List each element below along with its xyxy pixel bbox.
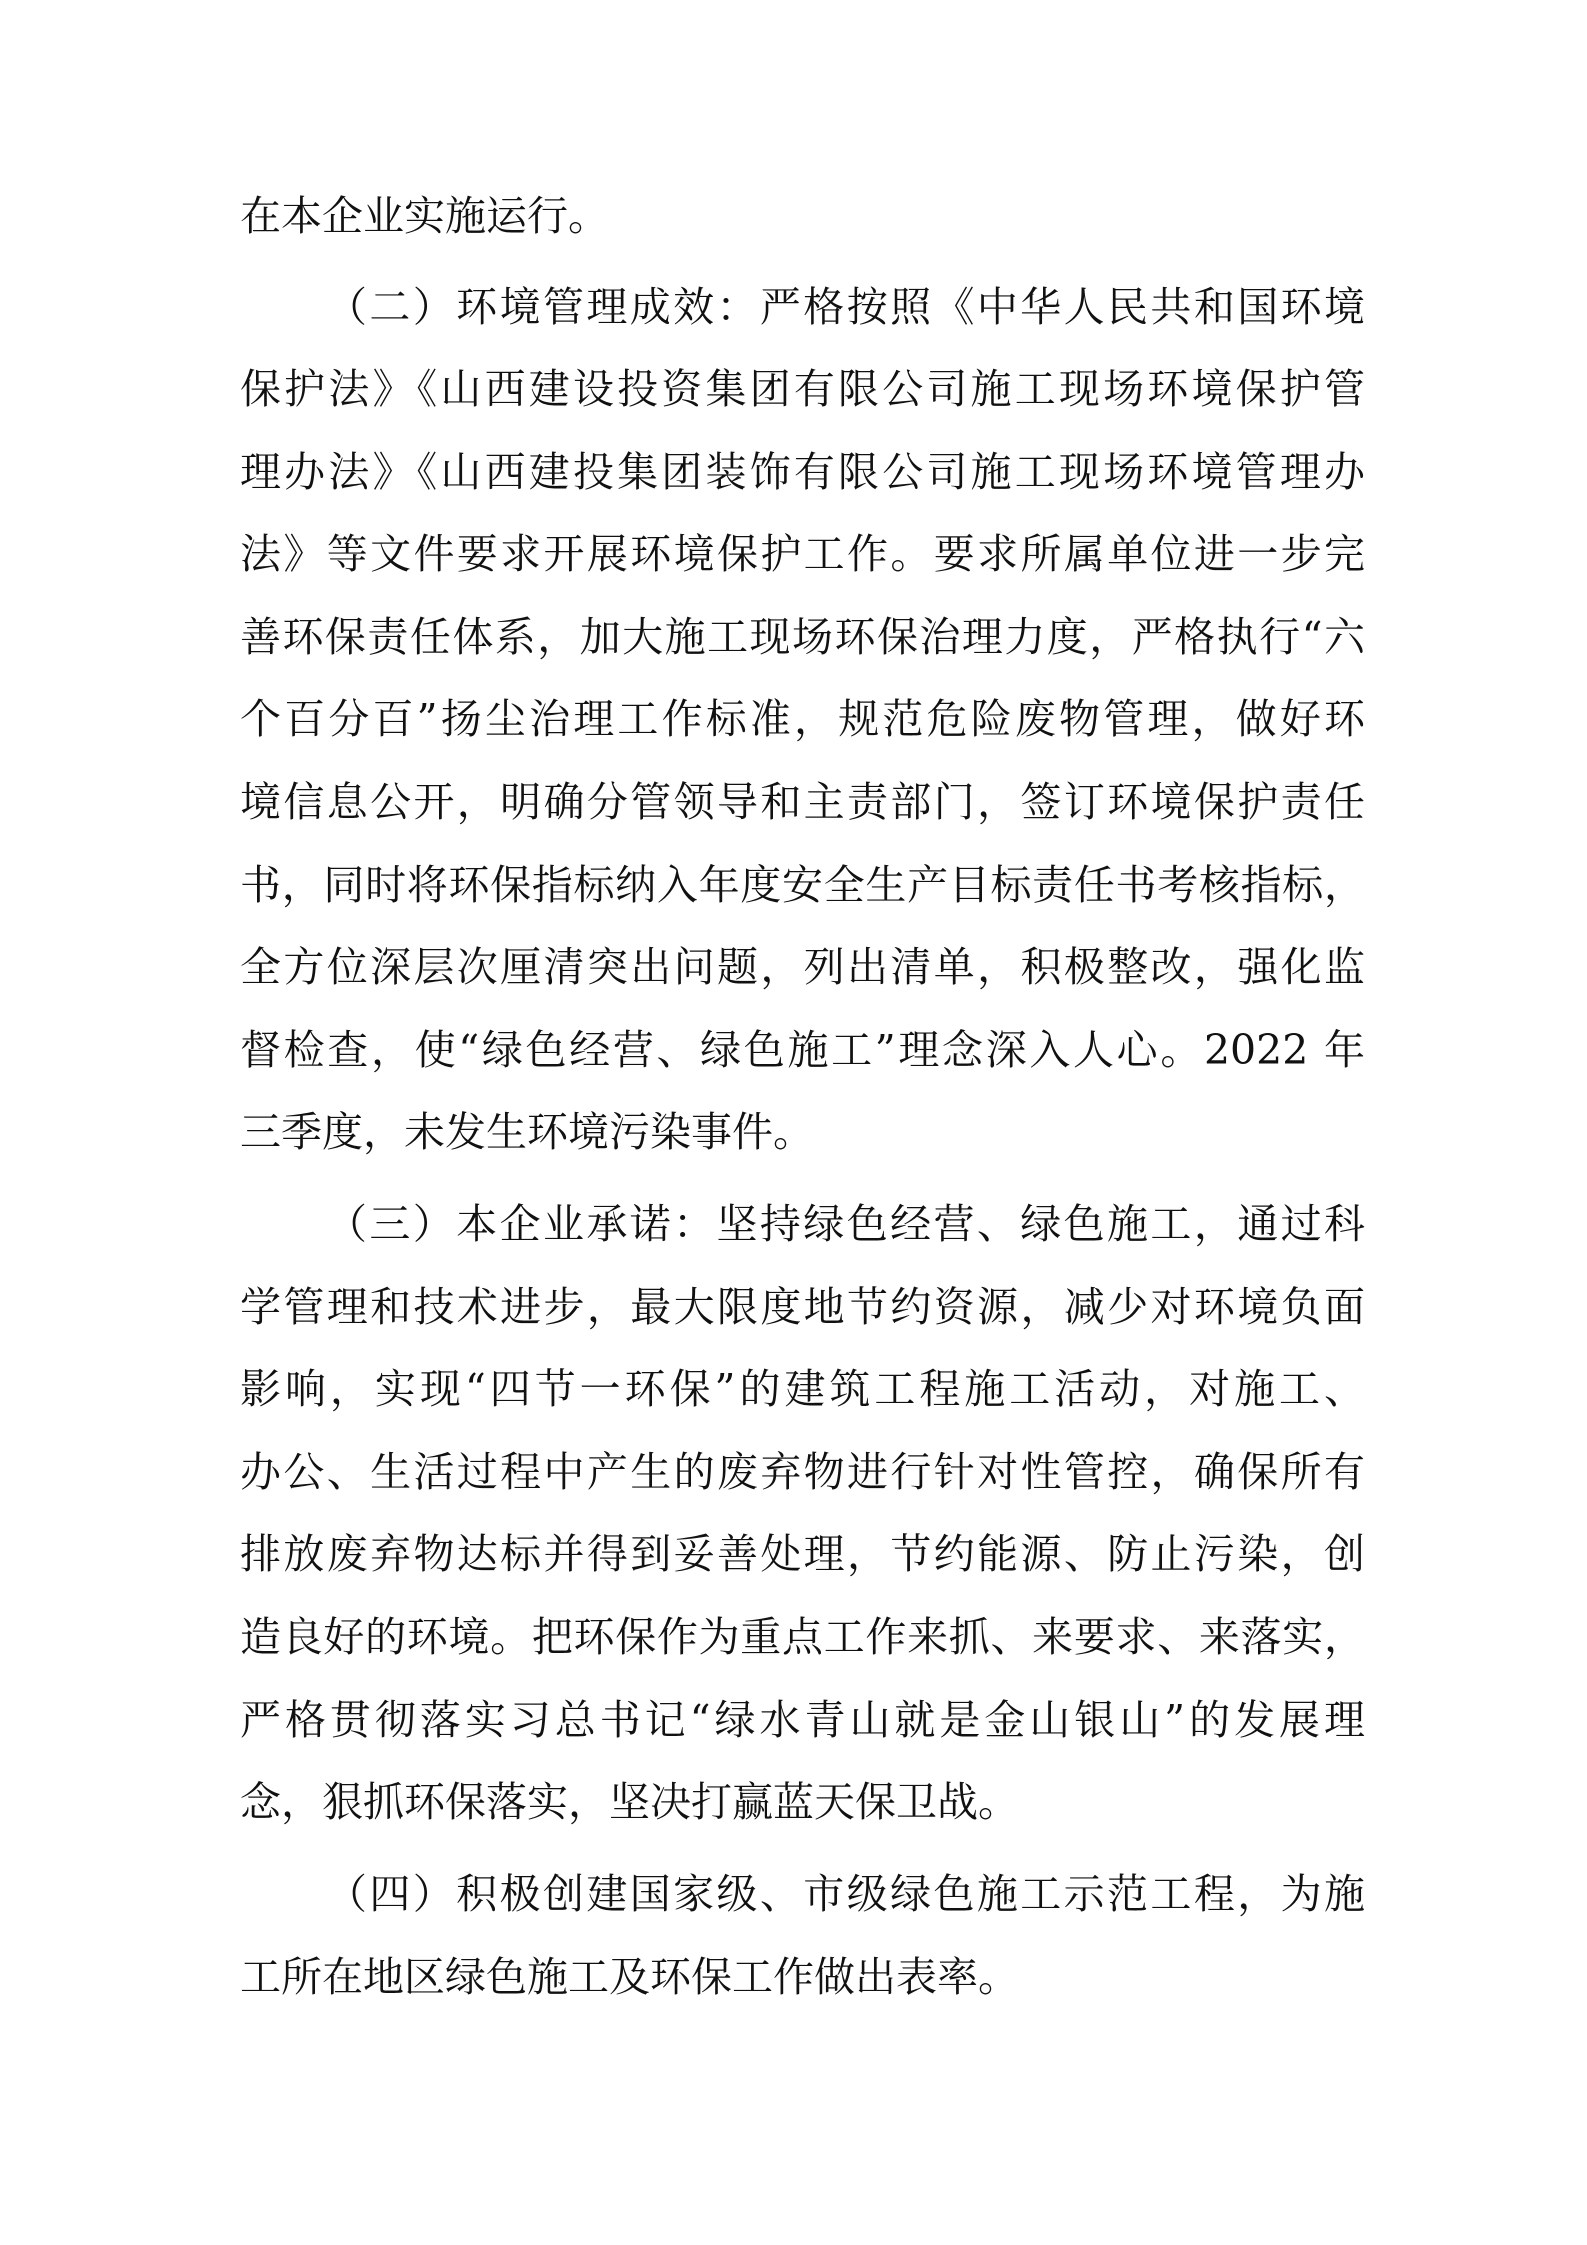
text-line-19: 严格贯彻落实习总书记“绿水青山就是金山银山”的发展理 [240, 1690, 1365, 1750]
paragraph-3-heading-line: （三）本企业承诺：坚持绿色经营、绿色施工，通过科 [326, 1194, 1365, 1254]
paragraph-2-heading-line: （二）环境管理成效：严格按照《中华人民共和国环境 [326, 277, 1365, 337]
text-line-18: 造良好的环境。把环保作为重点工作来抓、来要求、来落实， [240, 1607, 1365, 1667]
text-line-15: 影响，实现“四节一环保”的建筑工程施工活动，对施工、 [240, 1359, 1365, 1419]
text-line-3: 保护法》《山西建设投资集团有限公司施工现场环境保护管 [240, 359, 1365, 419]
text-line-5: 法》等文件要求开展环境保护工作。要求所属单位进一步完 [240, 524, 1365, 584]
text-line-20: 念，狠抓环保落实，坚决打赢蓝天保卫战。 [240, 1772, 1365, 1832]
text-line-10: 全方位深层次厘清突出问题，列出清单，积极整改，强化监 [240, 937, 1365, 997]
paragraph-4-heading-line: （四）积极创建国家级、市级绿色施工示范工程，为施 [326, 1864, 1365, 1924]
text-line-16: 办公、生活过程中产生的废弃物进行针对性管控，确保所有 [240, 1442, 1365, 1502]
text-line-9: 书，同时将环保指标纳入年度安全生产目标责任书考核指标， [240, 855, 1365, 915]
text-line-14: 学管理和技术进步，最大限度地节约资源，减少对环境负面 [240, 1277, 1365, 1337]
text-line-12: 三季度，未发生环境污染事件。 [240, 1102, 1365, 1162]
text-line-4: 理办法》《山西建投集团装饰有限公司施工现场环境管理办 [240, 442, 1365, 502]
text-line-17: 排放废弃物达标并得到妥善处理，节约能源、防止污染，创 [240, 1524, 1365, 1584]
text-line-6: 善环保责任体系，加大施工现场环保治理力度，严格执行“六 [240, 607, 1365, 667]
text-line-1: 在本企业实施运行。 [240, 186, 1365, 246]
text-line-11: 督检查，使“绿色经营、绿色施工”理念深入人心。2022 年 [240, 1020, 1365, 1080]
document-page: 在本企业实施运行。 （二）环境管理成效：严格按照《中华人民共和国环境 保护法》《… [0, 0, 1587, 2245]
text-line-22: 工所在地区绿色施工及环保工作做出表率。 [240, 1947, 1365, 2007]
text-line-8: 境信息公开，明确分管领导和主责部门，签订环境保护责任 [240, 772, 1365, 832]
text-line-7: 个百分百”扬尘治理工作标准，规范危险废物管理，做好环 [240, 689, 1365, 749]
